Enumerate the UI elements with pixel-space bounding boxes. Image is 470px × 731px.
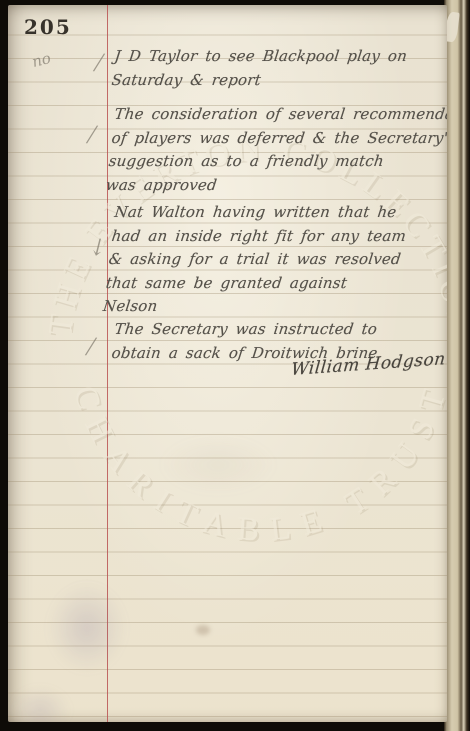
handwritten-line: Saturday & report (110, 69, 447, 93)
handwritten-line: & asking for a trial it was resolved (107, 248, 447, 272)
red-margin-line (107, 5, 108, 722)
page-number: 205 (24, 15, 72, 39)
handwritten-line: Nelson (102, 295, 443, 319)
handwritten-line: that same be granted against (104, 272, 445, 296)
ledger-page: THE EVERTON COLLECTION THE EVERTON COLLE… (8, 5, 447, 722)
handwritten-line: suggestion as to a friendly match (107, 150, 447, 174)
handwritten-line: of players was deferred & the Secretary'… (110, 127, 447, 151)
handwritten-line: J D Taylor to see Blackpool play on (113, 45, 447, 69)
pencil-arrow-mark: ↓ (87, 233, 109, 264)
handwritten-line: The Secretary was instructed to (113, 318, 447, 342)
ink-smudge (48, 583, 126, 673)
minute-entry: The consideration of several recommendat… (104, 103, 447, 197)
paper-spot (196, 625, 210, 635)
minute-entry: J D Taylor to see Blackpool play on Satu… (110, 45, 447, 92)
handwritten-line: Nat Walton having written that he (113, 201, 447, 225)
pencil-tick-mark: / (86, 121, 97, 150)
ink-smudge (10, 687, 70, 722)
handwritten-line: The consideration of several recommendat… (113, 103, 447, 127)
pencil-tick-mark: / (93, 49, 104, 78)
handwritten-line: had an inside right fit for any team (110, 225, 447, 249)
watermark-bottom-arc-shadow: CHARITABLE TRUST (68, 384, 447, 550)
handwritten-line: was approved (104, 174, 445, 198)
book-fore-edge (444, 0, 470, 731)
minute-entry: Nat Walton having written that he had an… (102, 201, 447, 319)
paper-mottling (158, 435, 278, 495)
pencil-tick-mark: / (85, 333, 96, 362)
watermark-bottom-arc: CHARITABLE TRUST (66, 382, 447, 548)
pencil-note: no (30, 49, 53, 71)
scanned-minute-book-page: THE EVERTON COLLECTION THE EVERTON COLLE… (0, 0, 470, 731)
